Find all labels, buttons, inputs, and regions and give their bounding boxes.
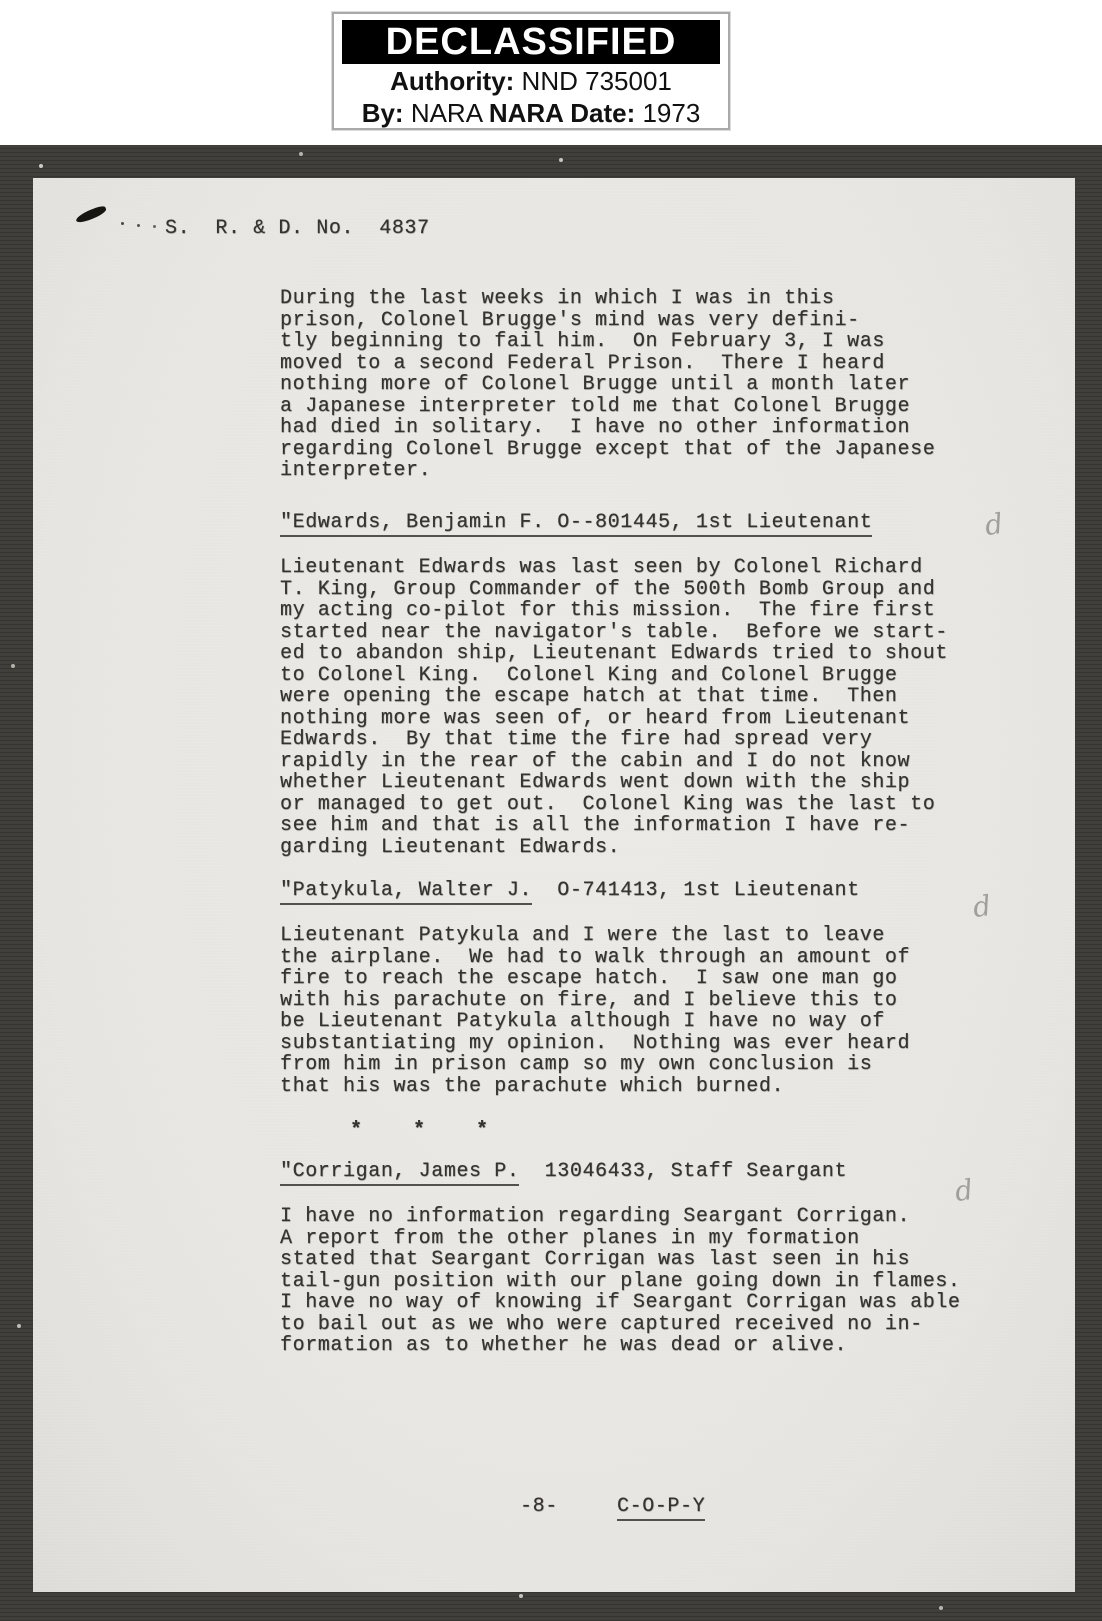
- section-heading-patykula: "Patykula, Walter J. O-741413, 1st Lieut…: [280, 880, 860, 902]
- pencil-mark: d: [953, 1173, 975, 1208]
- section-body-patykula: Lieutenant Patykula and I were the last …: [280, 925, 910, 1097]
- heading-rest-text: O-741413, 1st Lieutenant: [532, 879, 860, 902]
- ink-dots: [33, 178, 36, 181]
- stamp-by-row: By: NARA NARA Date: 1973: [334, 98, 728, 129]
- nara-date-value: 1973: [635, 98, 700, 128]
- declassified-stamp: DECLASSIFIED Authority: NND 735001 By: N…: [332, 12, 730, 130]
- stamp-authority-row: Authority: NND 735001: [334, 66, 728, 97]
- document-number: S. R. & D. No. 4837: [165, 218, 430, 240]
- section-body-corrigan: I have no information regarding Seargant…: [280, 1206, 961, 1357]
- heading-underlined-text: "Edwards, Benjamin F. O--801445, 1st Lie…: [280, 511, 872, 537]
- by-label: By:: [362, 98, 404, 128]
- by-value: NARA: [404, 98, 489, 128]
- heading-rest-text: 13046433, Staff Seargant: [519, 1160, 847, 1183]
- page-number: -8-: [520, 1496, 558, 1518]
- copy-stamp: C-O-P-Y: [617, 1496, 705, 1521]
- noise-specks: [0, 145, 2, 147]
- heading-underlined-text: "Patykula, Walter J.: [280, 879, 532, 905]
- declassified-title: DECLASSIFIED: [386, 21, 677, 64]
- section-heading-edwards: "Edwards, Benjamin F. O--801445, 1st Lie…: [280, 512, 872, 534]
- intro-paragraph: During the last weeks in which I was in …: [280, 288, 935, 482]
- pencil-mark: d: [983, 507, 1005, 542]
- section-heading-corrigan: "Corrigan, James P. 13046433, Staff Sear…: [280, 1161, 847, 1183]
- scanned-document-page: DECLASSIFIED Authority: NND 735001 By: N…: [0, 0, 1102, 1621]
- pencil-mark: d: [971, 889, 993, 924]
- section-body-edwards: Lieutenant Edwards was last seen by Colo…: [280, 557, 948, 858]
- nara-date-label: NARA Date:: [489, 98, 635, 128]
- asterisk-separator: * * *: [350, 1120, 489, 1142]
- scan-border: S. R. & D. No. 4837 During the last week…: [0, 145, 1102, 1621]
- declassified-banner: DECLASSIFIED: [342, 20, 720, 64]
- heading-underlined-text: "Corrigan, James P.: [280, 1160, 519, 1186]
- ink-blot: [74, 204, 107, 224]
- authority-value: NND 735001: [514, 66, 672, 96]
- authority-label: Authority:: [390, 66, 514, 96]
- document-paper: S. R. & D. No. 4837 During the last week…: [33, 178, 1075, 1592]
